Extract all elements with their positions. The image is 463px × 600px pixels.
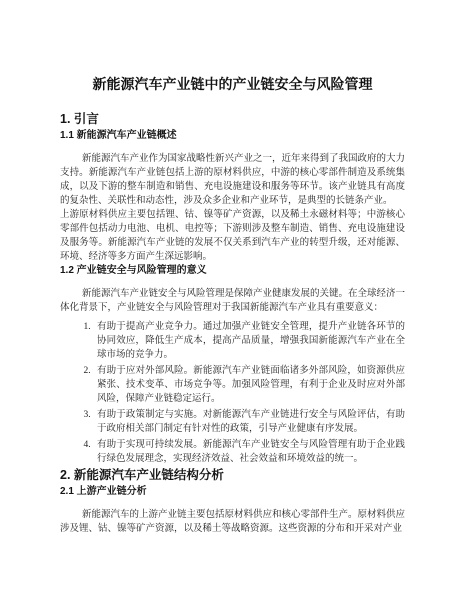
list-item-competitiveness: 有助于提高产业竞争力。通过加强产业链安全管理，提升产业链各环节的协同效应，降低生… [93,320,405,362]
subsection-heading-industry-chain-overview: 1.1 新能源汽车产业链概述 [60,129,405,143]
paragraph-overview-2: 上游原材料供应主要包括锂、钴、镍等矿产资源，以及稀土永磁材料等；中游核心零部件包… [60,208,405,264]
document-title: 新能源汽车产业链中的产业链安全与风险管理 [60,76,405,93]
significance-numbered-list: 有助于提高产业竞争力。通过加强产业链安全管理，提升产业链各环节的协同效应，降低生… [60,320,405,466]
subsection-heading-risk-management-significance: 1.2 产业链安全与风险管理的意义 [60,264,405,278]
list-item-policy-making: 有助于政策制定与实施。对新能源汽车产业链进行安全与风险评估，有助于政府相关部门制… [93,408,405,436]
list-item-sustainable-development: 有助于实现可持续发展。新能源汽车产业链安全与风险管理有助于企业践行绿色发展理念，… [93,438,405,466]
list-item-external-risks: 有助于应对外部风险。新能源汽车产业链面临诸多外部风险，如资源供应紧张、技术变革、… [93,364,405,406]
subsection-heading-upstream-analysis: 2.1 上游产业链分析 [60,485,405,499]
document-page: 新能源汽车产业链中的产业链安全与风险管理 1. 引言 1.1 新能源汽车产业链概… [0,0,463,600]
paragraph-upstream-1: 新能源汽车的上游产业链主要包括原材料供应和核心零部件生产。原材料供应涉及锂、钴、… [60,508,405,536]
paragraph-overview-1: 新能源汽车产业作为国家战略性新兴产业之一，近年来得到了我国政府的大力支持。新能源… [60,152,405,208]
paragraph-significance-intro: 新能源汽车产业链安全与风险管理是保障产业健康发展的关键。在全球经济一体化背景下，… [60,287,405,315]
section-heading-structure-analysis: 2. 新能源汽车产业链结构分析 [60,468,405,483]
section-heading-introduction: 1. 引言 [60,112,405,127]
